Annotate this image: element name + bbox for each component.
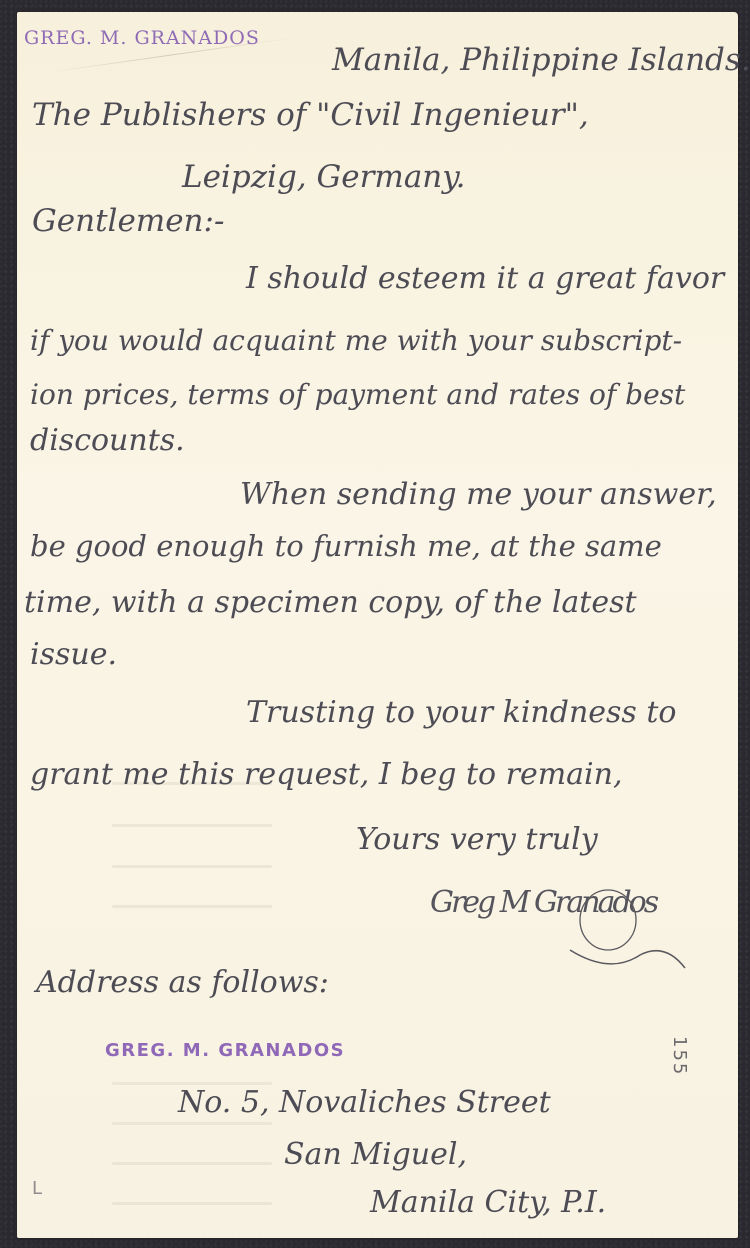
show-through-line	[112, 865, 272, 868]
corner-pencil-mark: L	[32, 1178, 42, 1199]
show-through-line	[112, 1122, 272, 1125]
paragraph-1-line-3: ion prices, terms of payment and rates o…	[30, 381, 685, 409]
paragraph-2-line-3: time, with a specimen copy, of the lates…	[24, 588, 637, 618]
sender-stamp-top: GREG. M. GRANADOS	[24, 27, 260, 49]
recipient-line-1: The Publishers of "Civil Ingenieur",	[32, 100, 589, 131]
address-label: Address as follows:	[36, 968, 329, 998]
paragraph-2-line-4: issue.	[30, 640, 117, 670]
sender-stamp-bottom: GREG. M. GRANADOS	[105, 1040, 345, 1061]
address-line-3: Manila City, P.I.	[370, 1188, 606, 1218]
show-through-line	[112, 905, 272, 908]
paragraph-2-line-2: be good enough to furnish me, at the sam…	[30, 532, 662, 561]
margin-number: 155	[669, 1036, 690, 1076]
paragraph-2-line-1: When sending me your answer,	[240, 480, 717, 510]
paragraph-3-line-2: grant me this request, I beg to remain,	[30, 760, 623, 790]
recipient-line-2: Leipzig, Germany.	[182, 162, 466, 193]
letter-place: Manila, Philippine Islands.	[332, 45, 750, 76]
signature-flourish-icon	[550, 880, 690, 980]
show-through-line	[112, 1202, 272, 1205]
closing: Yours very truly	[356, 825, 598, 855]
show-through-line	[112, 1162, 272, 1165]
paragraph-1-line-4: discounts.	[30, 426, 185, 456]
paragraph-3-line-1: Trusting to your kindness to	[246, 698, 676, 728]
paragraph-1-line-1: I should esteem it a great favor	[246, 264, 724, 294]
salutation: Gentlemen:-	[32, 206, 224, 237]
paragraph-1-line-2: if you would acquaint me with your subsc…	[30, 327, 682, 355]
address-line-1: No. 5, Novaliches Street	[178, 1088, 551, 1118]
address-line-2: San Miguel,	[284, 1140, 467, 1170]
show-through-line	[112, 824, 272, 827]
